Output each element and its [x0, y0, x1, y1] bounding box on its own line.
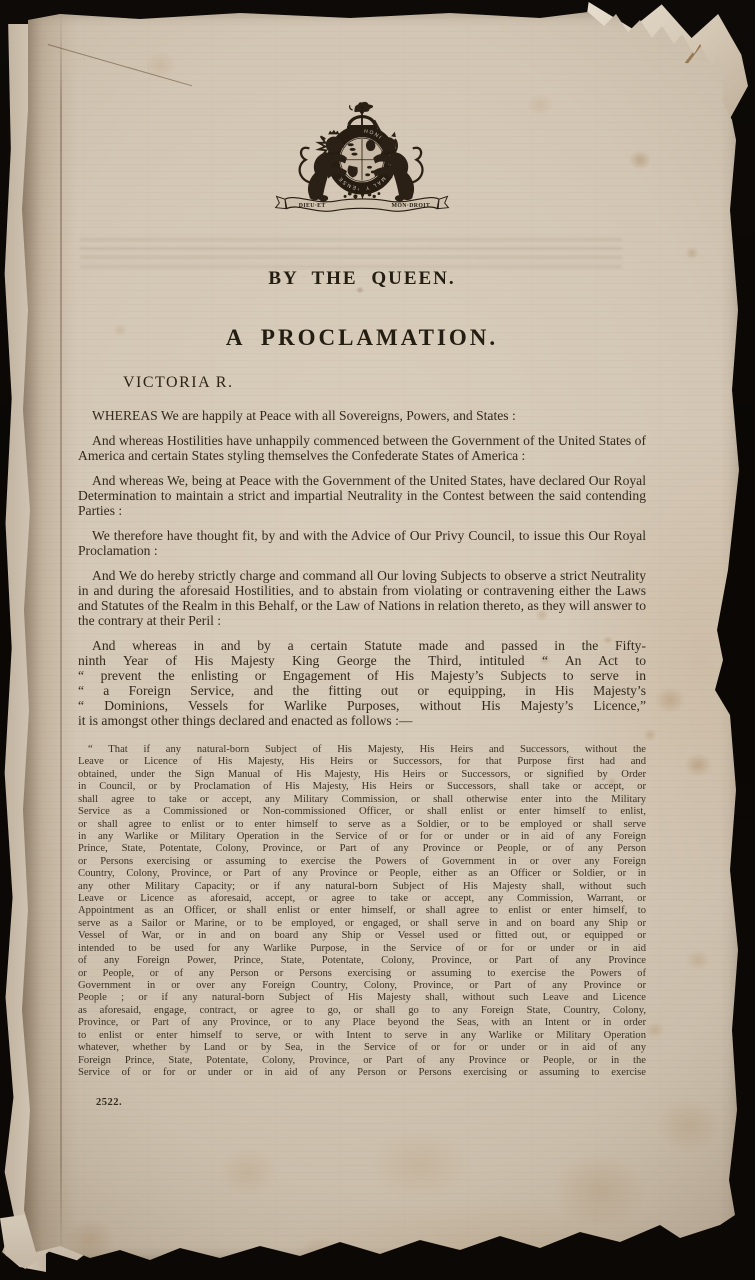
motto-left-text: DIEU·ET	[299, 203, 326, 209]
royal-coat-of-arms-icon: HONI SOIT QUI MAL Y PENSE	[78, 94, 646, 218]
statute-extract-line: Service as a Commissioned or Non-commiss…	[78, 806, 646, 818]
statute-extract-line: Vessel of War, or in and on board any Sh…	[78, 930, 646, 942]
statute-citation-line: it is amongst other things declared and …	[78, 713, 646, 728]
statute-extract-line: People ; or if any natural-born Subject …	[78, 992, 646, 1004]
statute-extract-line: Government in or over any Foreign Countr…	[78, 980, 646, 992]
statute-citation-line: “ a Foreign Service, and the fitting out…	[78, 683, 646, 698]
statute-extract: “ That if any natural-born Subject of Hi…	[78, 744, 646, 1079]
proclamation-paragraph: We therefore have thought fit, by and wi…	[78, 528, 646, 558]
statute-extract-line: any other Military Capacity; or if any n…	[78, 881, 646, 893]
statute-extract-line: as aforesaid, engage, contract, or agree…	[78, 1005, 646, 1017]
statute-extract-line: Appointment as an Officer, or shall enli…	[78, 905, 646, 917]
statute-extract-line: in Council, or by Proclamation of His Ma…	[78, 781, 646, 793]
statute-citation-line: And whereas in and by a certain Statute …	[78, 638, 646, 653]
photo-backdrop: 7	[0, 0, 755, 1280]
statute-citation-line: “ Dominions, Vessels for Warlike Purpose…	[78, 698, 646, 713]
statute-extract-line: Province, or Part of any Province, or to…	[78, 1017, 646, 1029]
statute-extract-line: Country, Colony, Province, or Part of an…	[78, 868, 646, 880]
statute-extract-line: Prince, State, Potentate, Colony, Provin…	[78, 843, 646, 855]
statute-extract-line: Leave or Licence as aforesaid, accept, o…	[78, 893, 646, 905]
statute-extract-line: or People, or of any Person or Persons e…	[78, 968, 646, 980]
statute-extract-line: “ That if any natural-born Subject of Hi…	[78, 744, 646, 756]
statute-extract-line: whatever, whether by Land or by Sea, in …	[78, 1042, 646, 1054]
statute-extract-line: shall agree to take or accept, any Milit…	[78, 794, 646, 806]
statute-citation-line: ninth Year of His Majesty King George th…	[78, 653, 646, 668]
proclamation-paragraph: And whereas Hostilities have unhappily c…	[78, 433, 646, 463]
statute-citation: And whereas in and by a certain Statute …	[78, 638, 646, 728]
heading-proclamation: A PROCLAMATION.	[78, 325, 646, 351]
royal-signature: VICTORIA R.	[123, 374, 646, 392]
statute-citation-line: “ prevent the enlisting or Engagement of…	[78, 668, 646, 683]
statute-extract-line: Leave or Licence of His Majesty, His Hei…	[78, 756, 646, 768]
proclamation-paragraph: And whereas We, being at Peace with the …	[78, 473, 646, 518]
statute-extract-line: to enlist or enter himself to serve, or …	[78, 1030, 646, 1042]
paper-crease	[48, 44, 192, 86]
statute-extract-line: in any Warlike or Military Operation in …	[78, 831, 646, 843]
statute-extract-line: serve as a Sailor or Marine, or to be em…	[78, 918, 646, 930]
proclamation-page: 7	[20, 10, 742, 1262]
proclamation-paragraph: WHEREAS We are happily at Peace with all…	[78, 408, 646, 423]
proclamation-paragraph: And We do hereby strictly charge and com…	[78, 568, 646, 628]
statute-extract-line: Foreign Prince, State, Potentate, Colony…	[78, 1055, 646, 1067]
motto-ribbon: DIEU·ET MON·DROIT	[276, 196, 449, 211]
unicorn-supporter-icon	[373, 120, 422, 201]
proclamation-paragraphs: WHEREAS We are happily at Peace with all…	[78, 408, 646, 628]
printed-content: HONI SOIT QUI MAL Y PENSE	[20, 94, 742, 1108]
statute-extract-line: or shall agree to enlist or to enter him…	[78, 819, 646, 831]
heading-by-the-queen: BY THE QUEEN.	[78, 268, 646, 290]
statute-extract-line: intended to be used for any Warlike Purp…	[78, 943, 646, 955]
statute-extract-line: obtained, under the Sign Manual of His M…	[78, 769, 646, 781]
printer-number: 2522.	[96, 1097, 646, 1108]
statute-extract-line: or Persons exercising or assuming to exe…	[78, 856, 646, 868]
statute-extract-line: Service of or for or under or in aid of …	[78, 1067, 646, 1079]
motto-right-text: MON·DROIT	[392, 203, 431, 209]
statute-extract-line: of any Foreign Power, Prince, State, Pot…	[78, 955, 646, 967]
